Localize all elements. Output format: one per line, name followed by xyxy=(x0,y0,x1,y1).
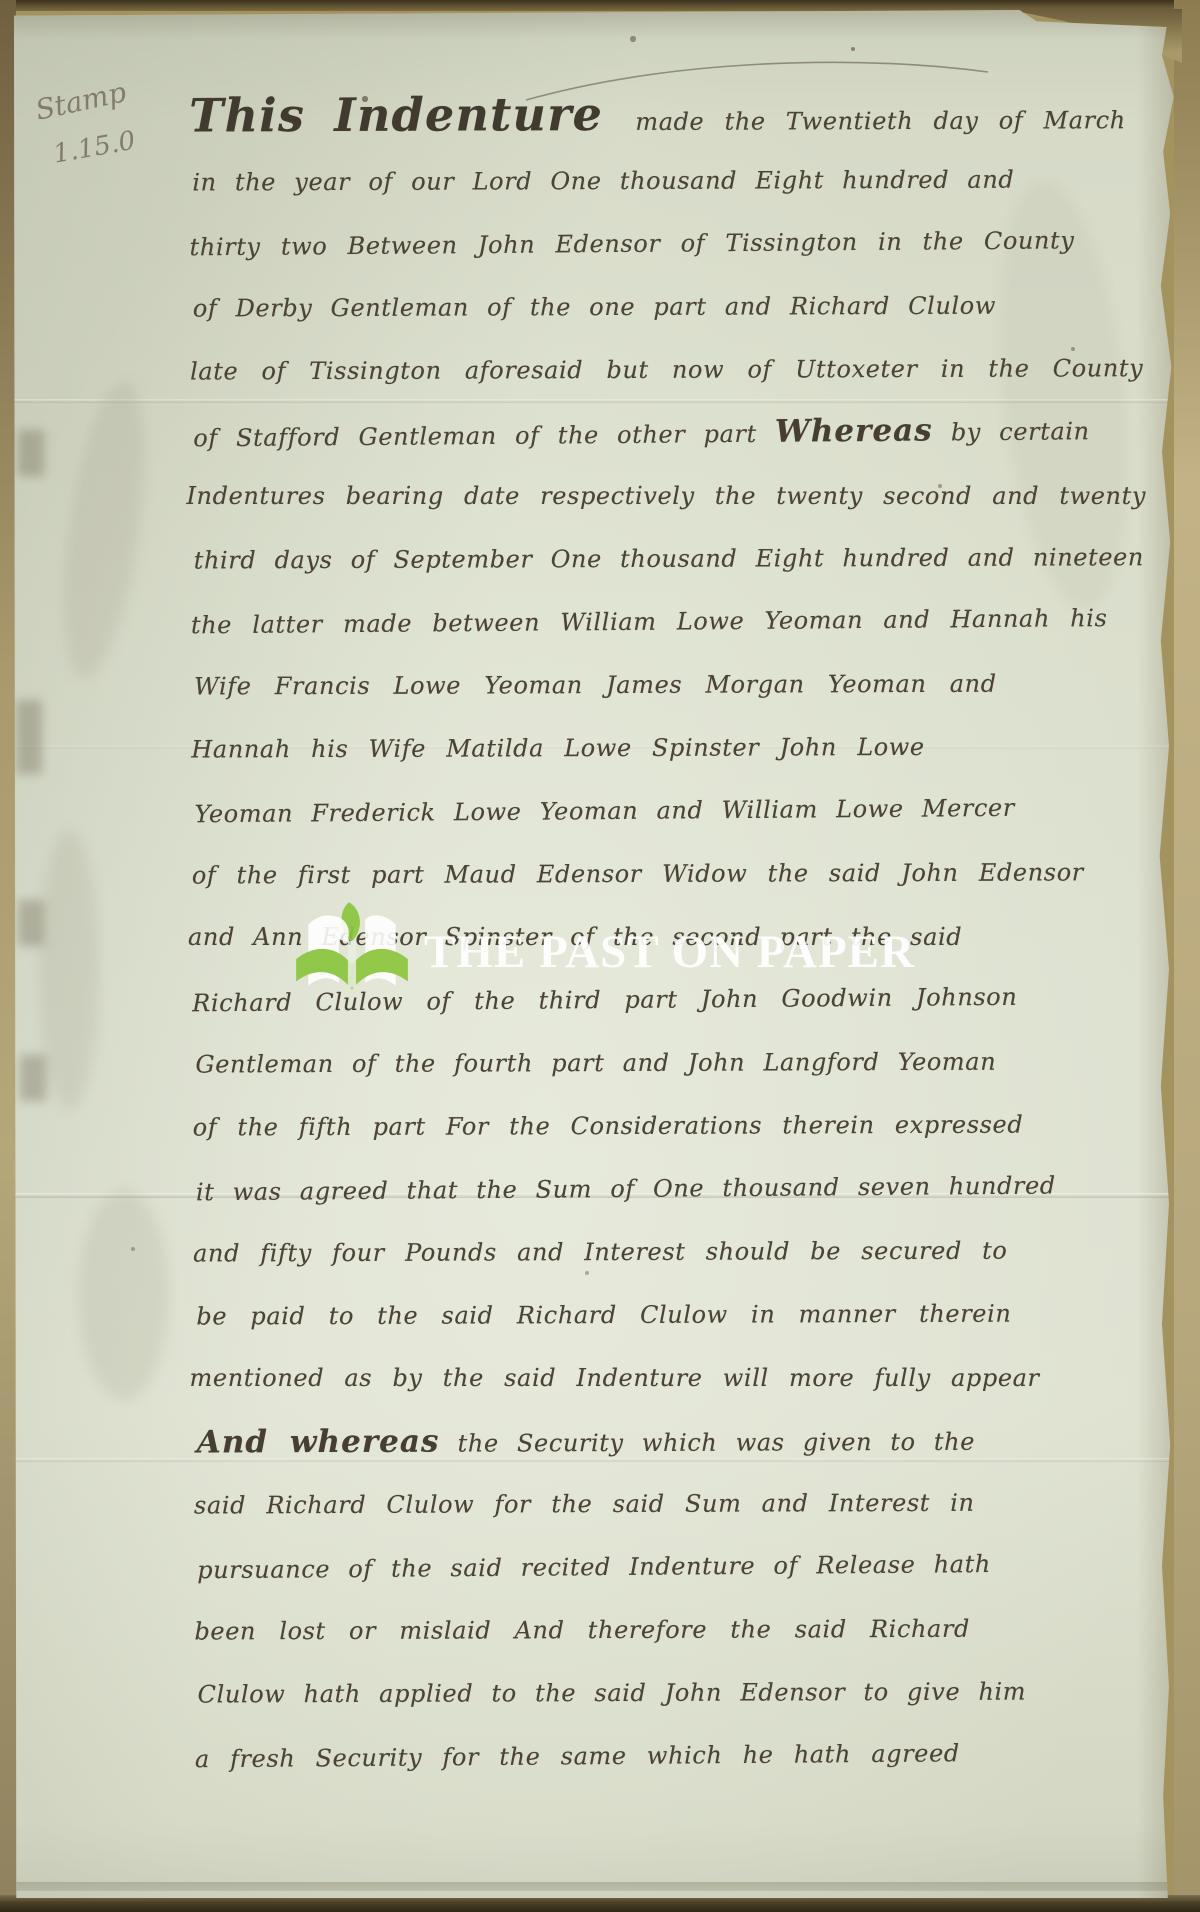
line-segment: Indentures bearing date respectively the… xyxy=(186,482,1146,510)
edge-smudge xyxy=(18,430,44,476)
opening-words: This Indenture xyxy=(189,87,603,142)
line-segment: Hannah his Wife Matilda Lowe Spinster Jo… xyxy=(191,733,924,764)
line-segment: third days of September One thousand Eig… xyxy=(194,543,1144,574)
line-segment: Gentleman of the fourth part and John La… xyxy=(195,1048,996,1079)
edge-smudge xyxy=(20,1055,46,1101)
manuscript-line: thirty two Between John Edensor of Tissi… xyxy=(189,210,1029,280)
stamp-margin-note: Stamp 1.15.0 xyxy=(33,77,139,172)
manuscript-line: This Indenture made the Twentieth day of… xyxy=(189,77,1029,152)
line-segment: Clulow hath applied to the said John Ede… xyxy=(198,1678,1027,1709)
line-segment: And whereas xyxy=(197,1424,440,1461)
watermark: THE PAST ON PAPER xyxy=(286,896,915,1008)
line-segment: Yeoman Frederick Lowe Yeoman and William… xyxy=(194,794,1014,828)
watermark-text: THE PAST ON PAPER xyxy=(424,925,915,979)
line-segment: by certain xyxy=(933,417,1090,446)
manuscript-line: Wife Francis Lowe Yeoman James Morgan Ye… xyxy=(194,653,1031,719)
manuscript-line: And whereas the Security which was given… xyxy=(197,1409,1034,1475)
manuscript-line: mentioned as by the said Indenture will … xyxy=(190,1347,1034,1410)
manuscript-line: the latter made between William Lowe Yeo… xyxy=(191,588,1031,658)
manuscript-line: third days of September One thousand Eig… xyxy=(194,527,1031,593)
backing-edge-top xyxy=(0,0,1200,11)
line-segment: the latter made between William Lowe Yeo… xyxy=(191,604,1108,639)
manuscript-line: late of Tissington aforesaid but now of … xyxy=(190,338,1030,404)
line-segment: made the Twentieth day of March xyxy=(615,106,1126,136)
manuscript-line: Indentures bearing date respectively the… xyxy=(186,465,1030,528)
manuscript-line: and fifty four Pounds and Interest shoul… xyxy=(193,1220,1033,1286)
manuscript-line: said Richard Clulow for the said Sum and… xyxy=(194,1472,1034,1538)
edge-smudge xyxy=(18,900,44,946)
manuscript-line: of the fifth part For the Considerations… xyxy=(193,1094,1033,1160)
line-segment: mentioned as by the said Indenture will … xyxy=(190,1364,1040,1392)
ink-bleed-mark xyxy=(39,830,99,1110)
line-segment: Wife Francis Lowe Yeoman James Morgan Ye… xyxy=(194,670,997,701)
backing-edge-right xyxy=(1174,0,1200,1912)
line-segment: be paid to the said Richard Clulow in ma… xyxy=(196,1300,1011,1331)
line-segment: been lost or mislaid And therefore the s… xyxy=(194,1615,970,1646)
line-segment: late of Tissington aforesaid but now of … xyxy=(190,354,1143,385)
manuscript-line: it was agreed that the Sum of One thousa… xyxy=(196,1155,1033,1225)
ink-bleed-mark xyxy=(48,377,159,684)
line-segment: of the first part Maud Edensor Widow the… xyxy=(192,858,1084,889)
manuscript-line: of Derby Gentleman of the one part and R… xyxy=(193,275,1030,341)
paper-shadow xyxy=(14,10,1183,40)
manuscript-line: of Stafford Gentleman of the other part … xyxy=(193,399,1030,469)
photograph-of-indenture: Stamp 1.15.0 This Indenture made the Twe… xyxy=(0,0,1200,1912)
line-segment: said Richard Clulow for the said Sum and… xyxy=(194,1489,975,1520)
fold-crease xyxy=(14,1882,1183,1891)
line-segment: of Derby Gentleman of the one part and R… xyxy=(193,292,996,323)
ink-bleed-mark xyxy=(79,1190,169,1400)
manuscript-line: Hannah his Wife Matilda Lowe Spinster Jo… xyxy=(191,716,1031,782)
line-segment: Whereas xyxy=(775,412,933,449)
manuscript-line: been lost or mislaid And therefore the s… xyxy=(194,1598,1034,1664)
open-book-leaves-icon xyxy=(286,896,418,1008)
line-segment: and fifty four Pounds and Interest shoul… xyxy=(193,1237,1007,1268)
edge-smudge xyxy=(16,700,42,774)
line-segment: thirty two Between John Edensor of Tissi… xyxy=(189,226,1074,261)
manuscript-line: Gentleman of the fourth part and John La… xyxy=(195,1031,1032,1097)
manuscript-line: pursuance of the said recited Indenture … xyxy=(197,1533,1034,1603)
line-segment: it was agreed that the Sum of One thousa… xyxy=(196,1172,1056,1207)
manuscript-line: Yeoman Frederick Lowe Yeoman and William… xyxy=(194,777,1031,847)
line-segment: of the fifth part For the Considerations… xyxy=(193,1111,1024,1142)
line-segment: of Stafford Gentleman of the other part xyxy=(193,420,775,453)
line-segment: a fresh Security for the same which he h… xyxy=(195,1739,960,1773)
line-segment: in the year of our Lord One thousand Eig… xyxy=(192,166,1014,197)
backing-edge-left xyxy=(0,0,16,1912)
line-segment: pursuance of the said recited Indenture … xyxy=(197,1550,991,1584)
manuscript-line: a fresh Security for the same which he h… xyxy=(195,1722,1035,1792)
manuscript-line: in the year of our Lord One thousand Eig… xyxy=(192,149,1029,215)
manuscript-line: be paid to the said Richard Clulow in ma… xyxy=(196,1283,1033,1349)
line-segment: the Security which was given to the xyxy=(439,1428,975,1458)
manuscript-line: Clulow hath applied to the said John Ede… xyxy=(198,1661,1035,1727)
